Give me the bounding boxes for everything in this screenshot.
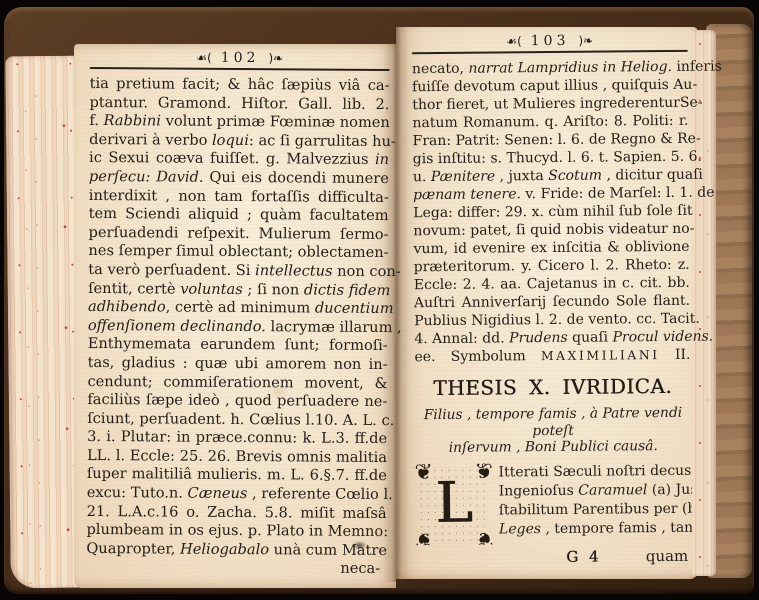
text-line: Eccle: 2. 4. aa. Cajetanus in c. cit. bb… xyxy=(414,274,690,294)
text-line: ſciunt, perſuadent. h. Cœlius l.10. A. L… xyxy=(87,410,387,431)
opening-paragraph: ❦ ❦ ❦ ❦ L Itterati Sæculi noſtri decus,I… xyxy=(415,461,692,544)
header-ornament-left: ☙( xyxy=(506,34,522,48)
text-line: ptantur. Gramond. Hiſtor. Gall. lib. 2. xyxy=(89,94,389,115)
text-line: gis inſtitu: s. Thucyd. l. 6. t. Sapien.… xyxy=(413,148,689,168)
dropcap-letter: L xyxy=(435,470,473,535)
text-line: necato, narrat Lampridius in Heliog. inf… xyxy=(412,58,688,78)
text-line: ta verò perſuadent. Si intellectus non c… xyxy=(88,261,388,282)
header-ornament-left: ☙( xyxy=(196,51,212,65)
text-line: f. Rabbini volunt primæ Fœminæ nomen xyxy=(89,112,389,133)
header-ornament-right: )❧ xyxy=(268,51,283,65)
right-page-number: 103 xyxy=(531,33,570,49)
floral-ornament-icon: ❦ xyxy=(475,527,494,545)
left-page-number: 102 xyxy=(221,50,260,66)
text-line: Quapropter, Heliogabalo unà cum Matre xyxy=(86,540,386,561)
ornamental-initial-L: ❦ ❦ ❦ ❦ L xyxy=(417,466,490,545)
text-line: tas, gladius : quæ ubi amorem non in- xyxy=(88,354,388,375)
text-line: natum Romanum. q. Ariſto: 8. Politi: r. xyxy=(412,112,688,132)
left-page-body: tia pretium facit; & hâc ſæpiùs viâ ca-p… xyxy=(86,75,389,561)
right-page-text-column: ☙( 103 )❧ necato, narrat Lampridius in H… xyxy=(412,32,693,569)
text-line: tem Sciendi aliquid ; quàm facultatem xyxy=(89,205,389,226)
text-line: præteritorum. y. Cicero l. 2. Rheto: z. xyxy=(414,256,690,276)
floral-ornament-icon: ❦ xyxy=(474,461,493,483)
thesis-subtitle-line: Filius , tempore famis , à Patre vendi p… xyxy=(415,405,691,440)
right-page-body: necato, narrat Lampridius in Heliog. inf… xyxy=(412,58,691,366)
header-rule xyxy=(412,50,688,54)
text-line: adhibendo, certè ad minimum ducentium xyxy=(88,298,388,319)
floral-ornament-icon: ❦ xyxy=(415,462,433,484)
right-page-header: ☙( 103 )❧ xyxy=(412,32,688,50)
text-line: ee. Symbolum MAXIMILIANI II. xyxy=(414,346,690,366)
left-page-header: ☙( 102 )❧ xyxy=(90,49,390,67)
text-line: Auſtri Anniverſarij ſecundo Sole flant. xyxy=(414,292,690,312)
text-line: perſecu: David. Qui eis docendi munere xyxy=(89,168,389,189)
text-line: fuiſſe devotum caput illius , quiſquis A… xyxy=(412,76,688,96)
sprinkled-page-edge-right xyxy=(692,30,716,576)
text-line: LL. l. Eccle: 25. 26. Brevis omnis malit… xyxy=(87,447,387,468)
text-line: plumbeam in os ejus. p. Plato in Memno: xyxy=(86,521,386,542)
text-line: u. Pænitere , juxta Scotum , dicitur qua… xyxy=(413,166,689,186)
text-line: vum, id evenire ex inſcitia & oblivione xyxy=(413,238,689,258)
text-line: cendunt; commiſerationem movent, & xyxy=(87,372,387,393)
text-line: 3. i. Plutar: in præce.connu: k. L.3. ff… xyxy=(87,428,387,449)
text-line: Publius Nigidius l. 2. de vento. cc. Tac… xyxy=(414,310,690,330)
thesis-subtitle-line: inſervum , Boni Publici causâ. xyxy=(415,438,691,457)
text-line: perſuadendi reſpexit. Mulierum ſermo- xyxy=(88,224,388,245)
left-page-text-column: ☙( 102 )❧ tia pretium facit; & hâc ſæpiù… xyxy=(86,49,390,579)
text-line: ſentit, certè voluntas ; ſi non dictis f… xyxy=(88,279,388,300)
floral-ornament-icon: ❦ xyxy=(415,528,433,545)
text-line: 21. L.A.c.16 o. Zacha. 5.8. miſit maſsâ xyxy=(87,503,387,524)
text-line: derivari à verbo loqui: ac ſi garrulitas… xyxy=(89,131,389,152)
text-line: ic Sexui coæva fuiſſet. g. Malvezzius in xyxy=(89,149,389,170)
text-line: Enthymemata earundem ſunt; formoſi- xyxy=(88,335,388,356)
ink-smudge xyxy=(352,541,367,550)
book-photo: ☙( 102 )❧ tia pretium facit; & hâc ſæpiù… xyxy=(0,0,759,600)
text-line: novum: patet, ſi quid nobis videatur no- xyxy=(413,220,689,240)
signature-line: G 4 quam xyxy=(416,546,692,568)
text-line: tia pretium facit; & hâc ſæpiùs viâ ca- xyxy=(90,75,390,96)
text-line: faciliùs ſæpe ideò , quod perſuadere ne- xyxy=(87,391,387,412)
text-line: pænam tenere. v. Fride: de Marſel: l. 1.… xyxy=(413,184,689,204)
text-line: Lega: differ: 29. x. cùm nihil ſub ſole … xyxy=(413,202,689,222)
foxing-spot xyxy=(268,384,290,400)
text-line: interdixit , non tam fortaſſis difficult… xyxy=(89,187,389,208)
right-page-catchword: quam xyxy=(646,546,689,564)
text-line: excu: Tuto.n. Cæneus , referente Cœlio l… xyxy=(87,484,387,505)
thesis-heading: THESIS X. IVRIDICA. xyxy=(415,374,691,400)
text-line: 4. Annal: dd. Prudens quaſi Procul viden… xyxy=(414,328,690,348)
text-line: Fran: Patrit: Senen: l. 6. de Regno & Re… xyxy=(413,130,689,150)
text-line: ſuper malitiliâ mulieris. m. L. 6.§.7. f… xyxy=(87,465,387,486)
header-ornament-right: )❧ xyxy=(578,34,593,48)
gathering-signature: G 4 xyxy=(566,547,601,565)
text-line: nes ſemper ſimul oblectant; oblectamen- xyxy=(88,242,388,263)
left-page-catchword: neca- xyxy=(86,558,386,579)
thesis-subtitle: Filius , tempore famis , à Patre vendi p… xyxy=(415,405,691,457)
text-line: offenſionem declinando. lacrymæ illarum … xyxy=(88,317,388,338)
sprinkled-fore-edge-left xyxy=(5,56,81,589)
header-rule xyxy=(90,67,390,71)
text-line: thor fieret, ut Mulieres ingrederenturSe… xyxy=(412,94,688,114)
